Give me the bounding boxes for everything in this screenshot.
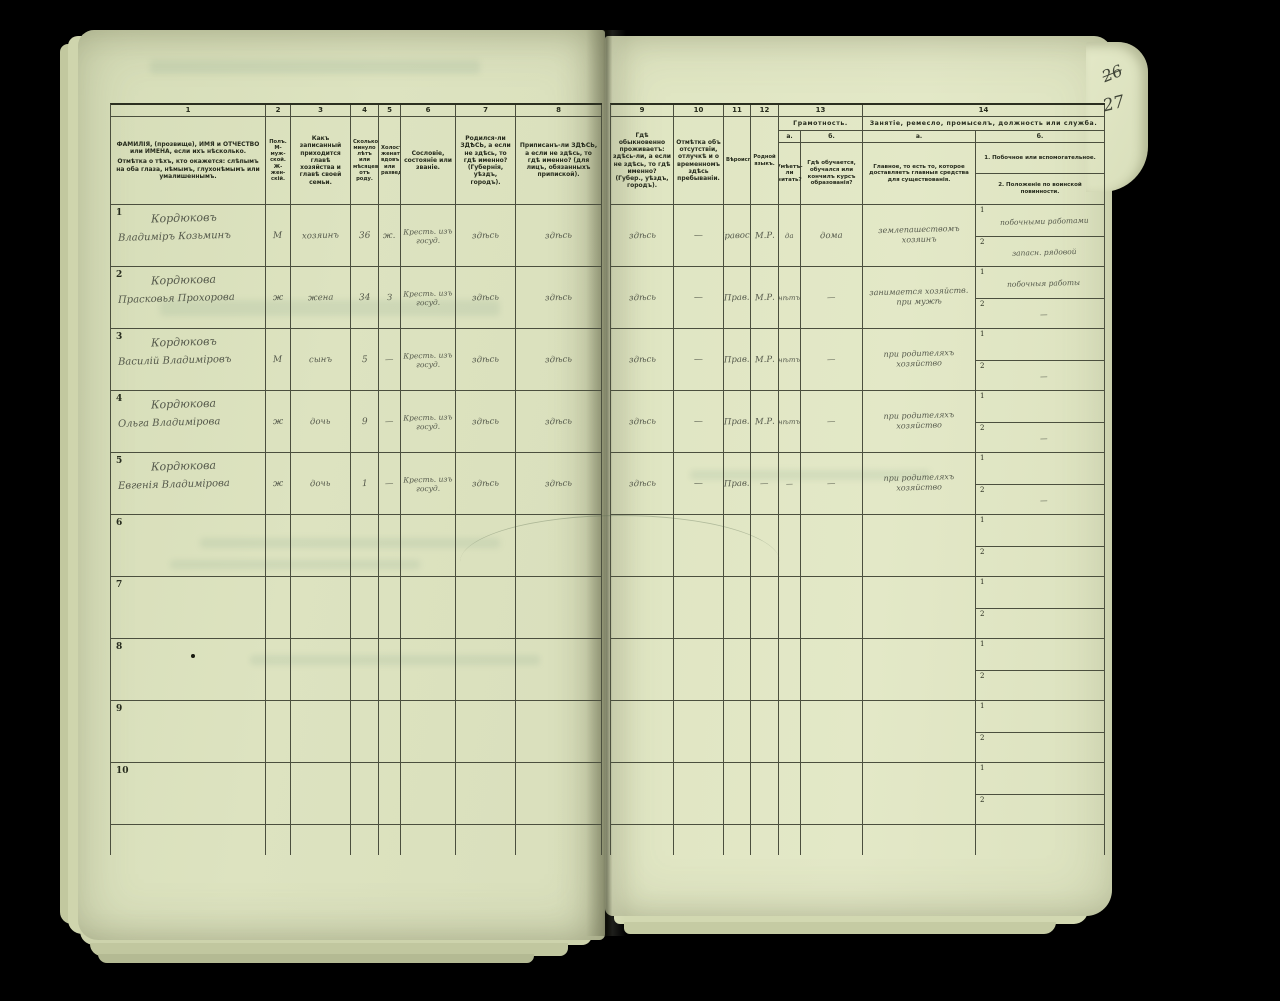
religion-value: Прав.: [724, 354, 750, 365]
header-religion: Вѣроисповѣданіе.: [724, 117, 751, 205]
surname: Кордюкова: [151, 396, 261, 412]
side-entry-1: 1побочныя работы: [976, 267, 1104, 298]
age-value: 5: [361, 354, 367, 364]
cell-absence: [674, 701, 724, 763]
registered-value: здѣсь: [545, 354, 572, 365]
cell-born: [456, 701, 516, 763]
sub-label-1: 1: [980, 268, 984, 276]
cell-sex: ж: [266, 453, 291, 515]
cell-religion: [724, 763, 751, 825]
column-number: 13: [779, 105, 863, 117]
surname: [151, 768, 261, 771]
estate-value: Кресть. изъ госуд.: [401, 288, 455, 307]
cell-language: [751, 577, 779, 639]
resides-value: здѣсь: [628, 478, 655, 489]
cell-absence: [674, 515, 724, 577]
estate-value: Кресть. изъ госуд.: [401, 412, 455, 431]
language-value: —: [760, 478, 769, 488]
side-1-value: [1032, 777, 1048, 779]
cell-name: 5КордюковаЕвгенія Владимірова: [111, 453, 266, 515]
header-marital: Холостъ, женатъ, вдовъ или разведенъ.: [379, 117, 401, 205]
school-value: —: [827, 354, 836, 364]
given-name: [118, 771, 261, 775]
language-value: М.Р.: [754, 292, 774, 303]
sub-label-1: 1: [980, 578, 984, 586]
column-number: 3: [291, 105, 351, 117]
header-estate: Сословіе, состояніе или званіе.: [401, 117, 456, 205]
literacy-subletters: а. б.: [779, 131, 862, 143]
cell-born: [456, 515, 516, 577]
occupation-subheaders: Главное, то есть то, которое доставляетъ…: [863, 143, 1104, 204]
cell-registered: здѣсь: [516, 267, 602, 329]
cell-estate: [401, 639, 456, 701]
cell-school: —: [801, 329, 863, 391]
side-1-value: [1032, 591, 1048, 593]
side-2-value: [1032, 560, 1048, 562]
cell-age: [351, 515, 379, 577]
registered-value: здѣсь: [545, 416, 572, 427]
occupation_main-value: землепашествомъ хозяинъ: [863, 224, 975, 248]
subcolumn-letter: б.: [976, 131, 1104, 142]
cell-relation: [291, 515, 351, 577]
page-stack-edge: [98, 954, 534, 963]
cell-occupation_main: [863, 701, 976, 763]
language-value: М.Р.: [754, 230, 774, 241]
given-name: Ольга Владимірова: [118, 415, 261, 430]
header-text: Гдѣ обыкновенно проживаетъ: здѣсь-ли, а …: [613, 132, 671, 190]
column-number: 12: [751, 105, 779, 117]
column-edge-line: [674, 825, 724, 855]
cell-resides: [611, 701, 674, 763]
estate-value: Кресть. изъ госуд.: [401, 350, 455, 369]
school-value: дома: [820, 230, 843, 241]
cell-estate: [401, 515, 456, 577]
cell-marital: [379, 763, 401, 825]
cell-absence: —: [674, 391, 724, 453]
cell-school: [801, 701, 863, 763]
cell-age: [351, 763, 379, 825]
cell-registered: здѣсь: [516, 453, 602, 515]
cell-absence: [674, 577, 724, 639]
cell-reads: [779, 763, 801, 825]
occupation_main-value: при родителяхъ хозяйство: [863, 410, 975, 434]
cell-sex: [266, 763, 291, 825]
cell-sex: ж: [266, 267, 291, 329]
surname: [151, 706, 261, 709]
cell-age: [351, 701, 379, 763]
side-2-value: запасн. рядовой: [1000, 245, 1081, 258]
row-number: 6: [116, 518, 122, 528]
cell-born: здѣсь: [456, 391, 516, 453]
cell-born: здѣсь: [456, 267, 516, 329]
column-edge-line: [111, 825, 266, 855]
registered-value: здѣсь: [545, 292, 572, 303]
header-text: Занятіе, ремесло, промыселъ, должность и…: [863, 117, 1104, 131]
cell-relation: жена: [291, 267, 351, 329]
header-residence: Гдѣ обыкновенно проживаетъ: здѣсь-ли, а …: [611, 117, 674, 205]
cell-name: 10: [111, 763, 266, 825]
cell-marital: [379, 515, 401, 577]
cell-registered: [516, 639, 602, 701]
side-entry-1: 1: [976, 763, 1104, 794]
surname: Кордюкова: [151, 458, 261, 474]
surname: Кордюкова: [151, 272, 261, 288]
given-name: [118, 709, 261, 713]
ink-blot: [191, 654, 195, 658]
column-edge-line: [976, 825, 1105, 855]
subcolumn-letter: а.: [863, 131, 976, 142]
cell-language: М.Р.: [751, 391, 779, 453]
cell-marital: —: [379, 329, 401, 391]
side-entry-2: 2: [976, 732, 1104, 763]
cell-resides: здѣсь: [611, 267, 674, 329]
header-text: 2. Положеніе по воинской повинности.: [976, 173, 1104, 204]
header-relation: Какъ записанный приходится главѣ хозяйст…: [291, 117, 351, 205]
column-edge-line: [779, 825, 801, 855]
surname: Кордюковъ: [151, 334, 261, 350]
sub-label-2: 2: [980, 238, 984, 246]
cell-sex: М: [266, 205, 291, 267]
header-text: Вѣроисповѣданіе.: [726, 157, 748, 163]
cell-registered: здѣсь: [516, 205, 602, 267]
side-1-value: [1032, 467, 1048, 469]
column-number: 1: [111, 105, 266, 117]
absence-value: —: [694, 416, 703, 426]
cell-reads: [779, 577, 801, 639]
cell-school: [801, 763, 863, 825]
cell-marital: [379, 701, 401, 763]
cell-resides: здѣсь: [611, 453, 674, 515]
cell-born: здѣсь: [456, 205, 516, 267]
header-occupation-group: Занятіе, ремесло, промыселъ, должность и…: [863, 117, 1105, 205]
cell-name: 7: [111, 577, 266, 639]
sub-label-2: 2: [980, 610, 984, 618]
header-sex: Полъ. М-муж-ской. Ж-жен-скій.: [266, 117, 291, 205]
cell-age: [351, 577, 379, 639]
given-name: [118, 585, 261, 589]
cell-marital: З: [379, 267, 401, 329]
relation-value: дочь: [310, 416, 331, 427]
given-name: Василій Владиміровъ: [118, 353, 261, 368]
row-number: 10: [116, 766, 129, 776]
header-age: Сколько минуло лѣтъ или мѣсяцевъ отъ род…: [351, 117, 379, 205]
cell-name: 2КордюковаПрасковья Прохорова: [111, 267, 266, 329]
cell-occupation_main: при родителяхъ хозяйство: [863, 391, 976, 453]
cell-sex: [266, 515, 291, 577]
row-number: 2: [116, 270, 122, 280]
side-entry-2: 2—: [976, 360, 1104, 391]
reads-value: нѣтъ: [779, 417, 801, 426]
cell-born: [456, 639, 516, 701]
cell-school: [801, 639, 863, 701]
side-entry-2: 2: [976, 670, 1104, 701]
given-name: Прасковья Прохорова: [118, 291, 261, 306]
resides-value: здѣсь: [628, 292, 655, 303]
cell-name: 1КордюковъВладиміръ Козьминъ: [111, 205, 266, 267]
sex-value: ж: [273, 478, 283, 488]
row-number: 8: [116, 642, 122, 652]
sex-value: М: [273, 354, 282, 364]
side-1-value: побочныя работы: [995, 275, 1084, 289]
header-registration: Приписанъ-ли ЗДѢСЬ, а если не здѣсь, то …: [516, 117, 602, 205]
census-table-right: 9 10 11 12 13 14 Гдѣ обыкновенно прожива…: [610, 103, 1105, 855]
side-entry-2: 2: [976, 608, 1104, 639]
side-entry-2: 2: [976, 546, 1104, 577]
header-text: Отмѣтка объ отсутствіи, отлучкѣ и о врем…: [676, 139, 721, 182]
religion-value: Правосл.: [724, 230, 751, 241]
header-text: Родился-ли ЗДѢСЬ, а если не здѣсь, то гд…: [458, 135, 513, 185]
side-entry-2: 2—: [976, 422, 1104, 453]
column-edge-line: [801, 825, 863, 855]
side-1-value: [1032, 653, 1048, 655]
cell-school: —: [801, 391, 863, 453]
absence-value: —: [694, 292, 703, 302]
cell-religion: Прав.: [724, 329, 751, 391]
cell-religion: [724, 577, 751, 639]
cell-religion: [724, 515, 751, 577]
cell-occupation-side: 12: [976, 515, 1105, 577]
cell-relation: хозяинъ: [291, 205, 351, 267]
column-edge-line: [291, 825, 351, 855]
row-number: 1: [116, 208, 122, 218]
cell-language: [751, 763, 779, 825]
header-text: Сословіе, состояніе или званіе.: [403, 150, 453, 172]
school-value: —: [827, 292, 836, 302]
cell-age: 36: [351, 205, 379, 267]
given-name: Владиміръ Козьминъ: [118, 229, 261, 244]
literacy-subheaders: Умѣетъ-ли читать? Гдѣ обучается, обучалс…: [779, 143, 862, 204]
column-number: 11: [724, 105, 751, 117]
cell-born: здѣсь: [456, 329, 516, 391]
cell-relation: [291, 639, 351, 701]
side-entry-1: 1: [976, 577, 1104, 608]
cell-estate: [401, 763, 456, 825]
cell-registered: [516, 701, 602, 763]
cell-sex: [266, 577, 291, 639]
cell-absence: [674, 763, 724, 825]
occupation-subletters: а. б.: [863, 131, 1104, 143]
reads-value: —: [786, 479, 793, 487]
born-value: здѣсь: [472, 478, 499, 489]
sub-label-2: 2: [980, 548, 984, 556]
sub-label-2: 2: [980, 362, 984, 370]
sub-label-2: 2: [980, 424, 984, 432]
page-stack-edge: [624, 922, 1056, 934]
bleed-through: [150, 60, 480, 74]
cell-school: [801, 577, 863, 639]
cell-occupation-side: 12—: [976, 453, 1105, 515]
cell-language: —: [751, 453, 779, 515]
column-edge-line: [456, 825, 516, 855]
relation-value: сынъ: [309, 354, 332, 365]
side-entry-1: 1: [976, 639, 1104, 670]
estate-value: Кресть. изъ госуд.: [401, 226, 455, 245]
sub-label-2: 2: [980, 672, 984, 680]
age-value: 1: [361, 478, 367, 488]
side-1-value: [1032, 529, 1048, 531]
cell-registered: [516, 515, 602, 577]
sub-label-1: 1: [980, 516, 984, 524]
resides-value: здѣсь: [628, 416, 655, 427]
header-text: Какъ записанный приходится главѣ хозяйст…: [293, 135, 348, 185]
relation-value: дочь: [310, 478, 331, 489]
column-edge-line: [863, 825, 976, 855]
cell-occupation_main: [863, 763, 976, 825]
religion-value: Прав.: [724, 416, 750, 427]
side-1-value: [1032, 405, 1048, 407]
absence-value: —: [694, 478, 703, 488]
given-name: Евгенія Владимірова: [118, 477, 261, 492]
side-entry-2: 2—: [976, 484, 1104, 515]
cell-occupation-side: 12: [976, 577, 1105, 639]
subcolumn-letter: б.: [801, 131, 862, 142]
born-value: здѣсь: [472, 292, 499, 303]
column-edge-line: [516, 825, 602, 855]
registered-value: здѣсь: [545, 230, 572, 241]
cell-reads: да: [779, 205, 801, 267]
cell-religion: Правосл.: [724, 205, 751, 267]
cell-marital: —: [379, 391, 401, 453]
cell-estate: [401, 577, 456, 639]
cell-resides: [611, 577, 674, 639]
cell-occupation-side: 12—: [976, 329, 1105, 391]
resides-value: здѣсь: [628, 354, 655, 365]
column-number: 8: [516, 105, 602, 117]
header-text: Главное, то есть то, которое доставляетъ…: [863, 143, 976, 204]
sub-label-1: 1: [980, 764, 984, 772]
column-number: 2: [266, 105, 291, 117]
header-text: Грамотность.: [779, 117, 862, 131]
cell-sex: [266, 639, 291, 701]
sub-label-2: 2: [980, 796, 984, 804]
side-1-value: [1032, 343, 1048, 345]
cell-occupation-side: 1побочными работами2запасн. рядовой: [976, 205, 1105, 267]
cell-marital: [379, 639, 401, 701]
cell-registered: здѣсь: [516, 391, 602, 453]
sub-label-1: 1: [980, 640, 984, 648]
cell-born: здѣсь: [456, 453, 516, 515]
cell-sex: ж: [266, 391, 291, 453]
age-value: 36: [359, 230, 371, 240]
sub-label-2: 2: [980, 300, 984, 308]
row-number: 9: [116, 704, 122, 714]
cell-language: [751, 515, 779, 577]
relation-value: жена: [308, 292, 334, 303]
cell-absence: —: [674, 453, 724, 515]
column-number: 9: [611, 105, 674, 117]
marital-value: З: [387, 292, 393, 302]
sex-value: ж: [273, 292, 283, 302]
surname: [151, 582, 261, 585]
sub-label-2: 2: [980, 486, 984, 494]
header-text: Приписанъ-ли ЗДѢСЬ, а если не здѣсь, то …: [518, 142, 599, 178]
language-value: М.Р.: [754, 416, 774, 427]
cell-sex: [266, 701, 291, 763]
cell-absence: [674, 639, 724, 701]
cell-language: [751, 639, 779, 701]
column-edge-line: [379, 825, 401, 855]
header-text: Гдѣ обучается, обучался или кончилъ курс…: [801, 143, 862, 204]
sub-label-1: 1: [980, 206, 984, 214]
cell-age: 1: [351, 453, 379, 515]
cell-occupation-side: 12: [976, 639, 1105, 701]
cell-occupation-side: 12: [976, 763, 1105, 825]
cell-resides: здѣсь: [611, 205, 674, 267]
side-2-value: [1032, 622, 1048, 624]
header-occupation-side: 1. Побочное или вспомогательное. 2. Поло…: [976, 143, 1104, 204]
cell-marital: [379, 577, 401, 639]
cell-resides: [611, 763, 674, 825]
cell-school: —: [801, 453, 863, 515]
cell-resides: [611, 515, 674, 577]
side-entry-1: 1: [976, 329, 1104, 360]
row-number: 7: [116, 580, 122, 590]
school-value: —: [827, 416, 836, 426]
cell-age: [351, 639, 379, 701]
cell-born: [456, 577, 516, 639]
cell-occupation_main: [863, 639, 976, 701]
side-2-value: [1032, 808, 1048, 810]
cell-occupation-side: 1побочныя работы2—: [976, 267, 1105, 329]
cell-occupation_main: занимается хозяйств. при мужѣ: [863, 267, 976, 329]
cell-resides: здѣсь: [611, 391, 674, 453]
sex-value: ж: [273, 416, 283, 426]
cell-resides: [611, 639, 674, 701]
resides-value: здѣсь: [628, 230, 655, 241]
age-value: 9: [361, 416, 367, 426]
row-number: 3: [116, 332, 122, 342]
side-2-value: —: [1028, 307, 1052, 319]
cell-relation: [291, 701, 351, 763]
column-number: 7: [456, 105, 516, 117]
cell-religion: Прав.: [724, 267, 751, 329]
side-entry-1: 1побочными работами: [976, 205, 1104, 236]
estate-value: Кресть. изъ госуд.: [401, 474, 455, 493]
sub-label-1: 1: [980, 454, 984, 462]
cell-name: 8: [111, 639, 266, 701]
column-edge-line: [266, 825, 291, 855]
occupation_main-value: при родителяхъ хозяйство: [863, 348, 975, 372]
cell-occupation_main: землепашествомъ хозяинъ: [863, 205, 976, 267]
side-entry-1: 1: [976, 453, 1104, 484]
cell-religion: [724, 701, 751, 763]
row-number: 4: [116, 394, 122, 404]
column-number: 5: [379, 105, 401, 117]
side-2-value: —: [1028, 431, 1052, 443]
column-number: 10: [674, 105, 724, 117]
header-text: Отмѣтка о тѣхъ, кто окажется: слѣпымъ на…: [113, 158, 263, 180]
cell-language: М.Р.: [751, 205, 779, 267]
sub-label-1: 1: [980, 702, 984, 710]
absence-value: —: [694, 230, 703, 240]
header-text: Полъ. М-муж-ской. Ж-жен-скій.: [268, 139, 288, 182]
cell-reads: —: [779, 453, 801, 515]
cell-name: 6: [111, 515, 266, 577]
column-number: 6: [401, 105, 456, 117]
born-value: здѣсь: [472, 416, 499, 427]
reads-value: нѣтъ: [779, 293, 801, 302]
religion-value: Прав.: [724, 292, 750, 303]
cell-age: 9: [351, 391, 379, 453]
cell-school: [801, 515, 863, 577]
born-value: здѣсь: [472, 354, 499, 365]
cell-relation: дочь: [291, 453, 351, 515]
cell-registered: [516, 577, 602, 639]
header-text: 1. Побочное или вспомогательное.: [976, 143, 1104, 173]
cell-name: 9: [111, 701, 266, 763]
religion-value: Прав.: [724, 478, 750, 489]
side-entry-1: 1: [976, 701, 1104, 732]
